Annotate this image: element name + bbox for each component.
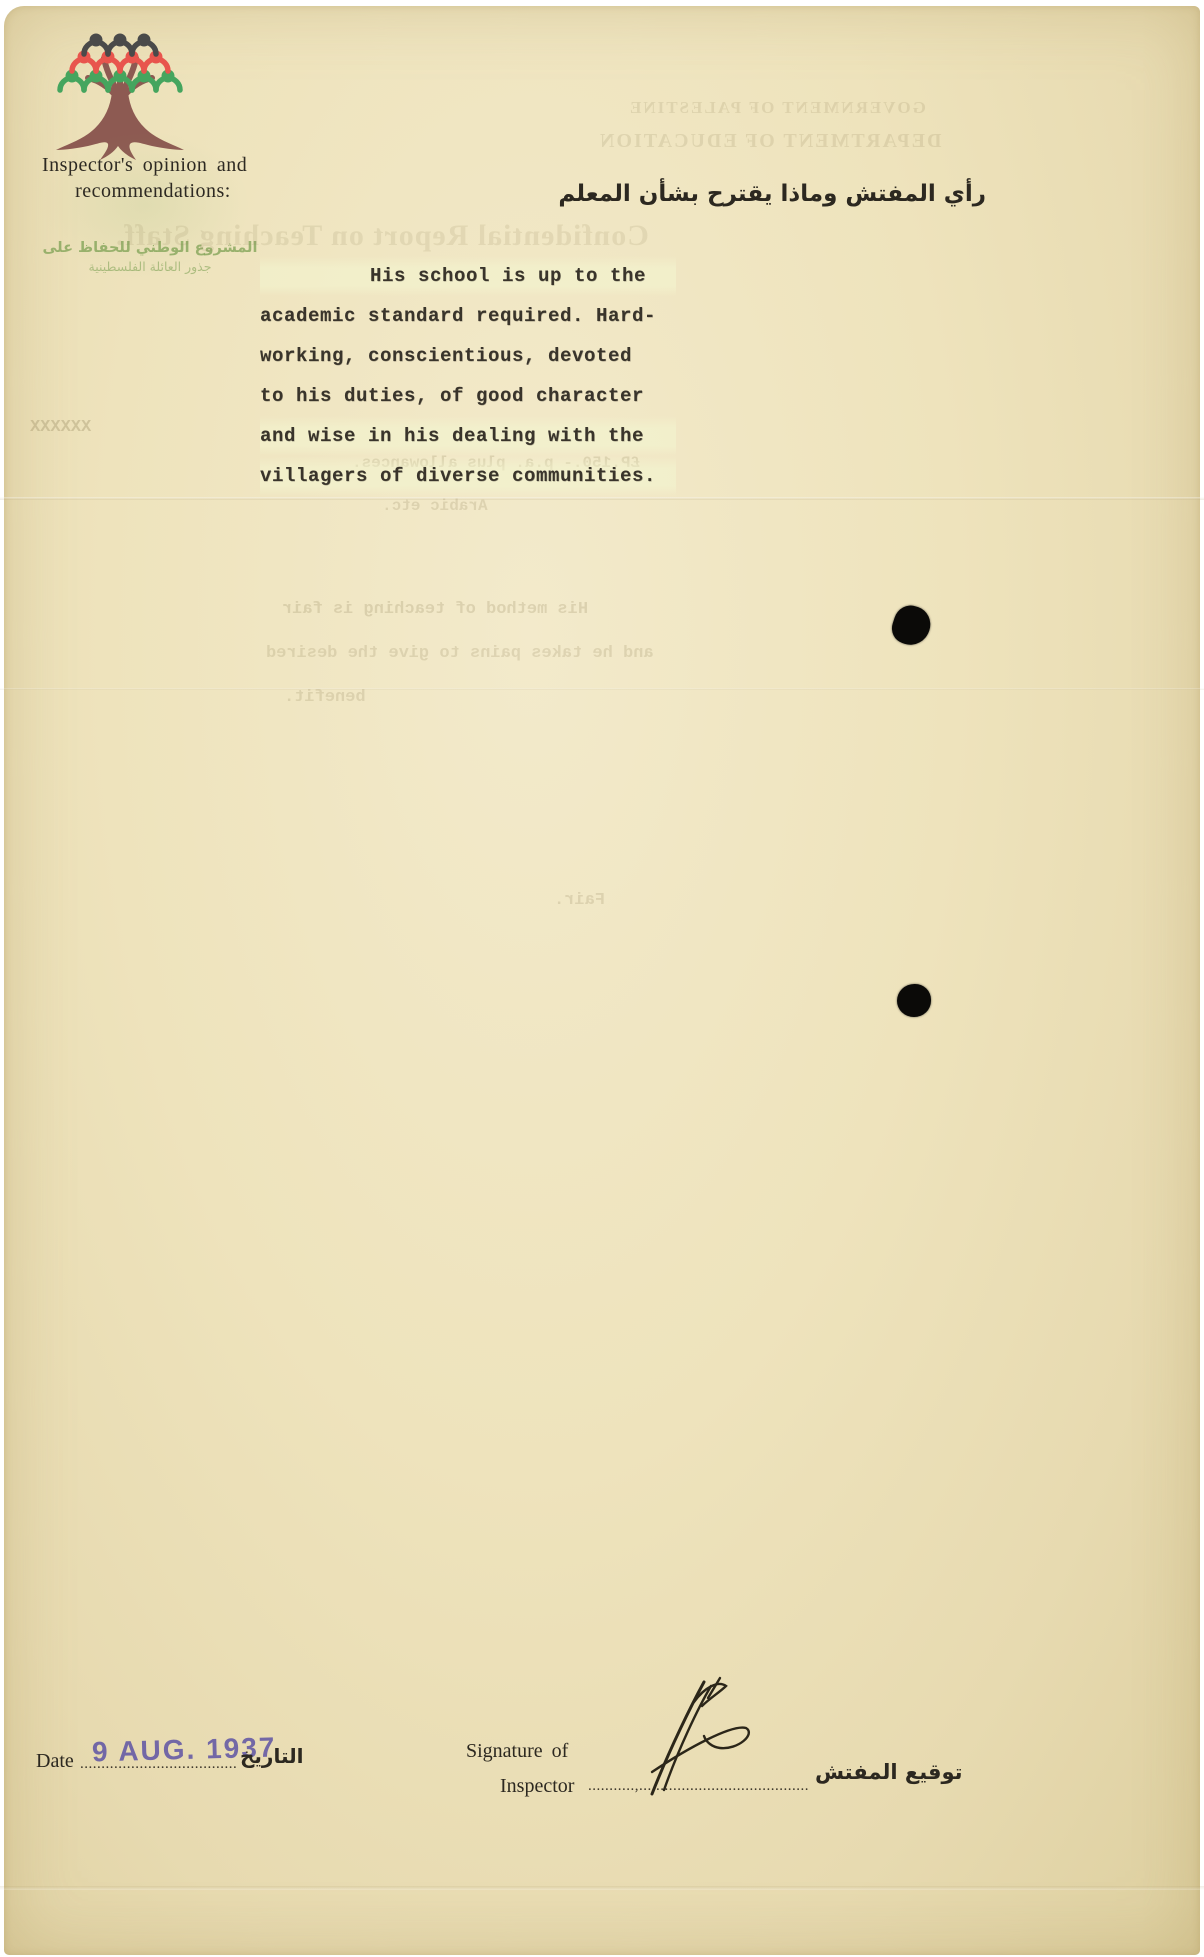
remarks-line: academic standard required. Hard- (260, 296, 676, 336)
remarks-line: His school is up to the (260, 256, 676, 296)
archive-watermark: المشروع الوطني للحفاظ على جذور العائلة ا… (36, 240, 264, 274)
signature-of-label: Signature of (466, 1740, 568, 1763)
inspector-opinion-label-line2: recommendations: (42, 178, 264, 204)
remarks-line: and wise in his dealing with the (260, 416, 676, 456)
inspector-opinion-label-arabic: رأي المفتش وماذا يقترح بشأن المعلم (558, 181, 986, 207)
inspector-signature (608, 1676, 763, 1801)
remarks-line: to his duties, of good character (260, 376, 676, 416)
signature-label-arabic: توقيع المفتش (815, 1760, 963, 1784)
date-label-arabic: التاريخ (240, 1744, 303, 1768)
watermark-line2: جذور العائلة الفلسطينية (36, 259, 264, 274)
inspector-remarks: His school is up to the academic standar… (260, 256, 676, 496)
watermark-line1: المشروع الوطني للحفاظ على (36, 240, 264, 256)
inspector-label: Inspector (500, 1775, 574, 1798)
inspector-opinion-label-line1: Inspector's opinion and (42, 152, 264, 178)
remarks-line: working, conscientious, devoted (260, 336, 676, 376)
remarks-line: villagers of diverse communities. (260, 456, 676, 496)
people-row-gray (84, 34, 156, 54)
inspector-opinion-label: Inspector's opinion and recommendations: (42, 152, 264, 204)
hole-punch-bottom (897, 984, 931, 1017)
date-label: Date (36, 1750, 74, 1773)
